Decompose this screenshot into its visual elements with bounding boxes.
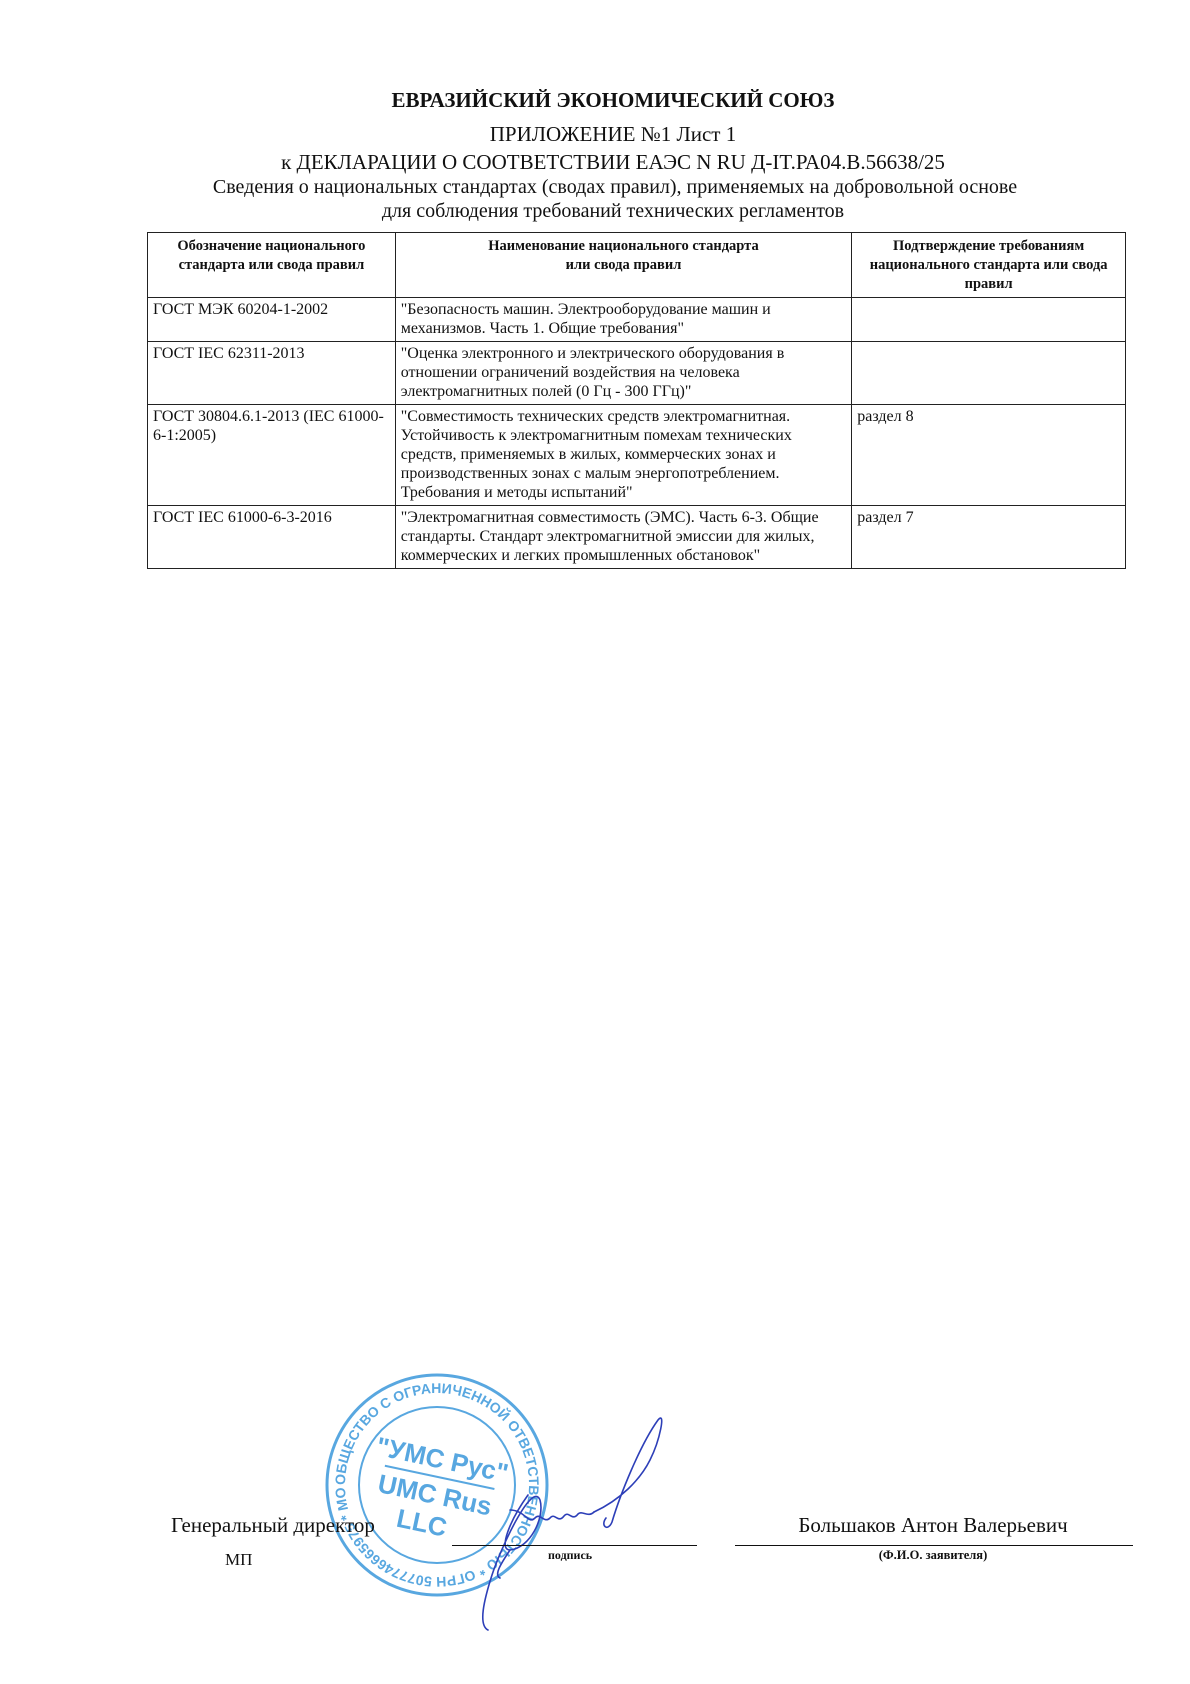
signatory-position: Генеральный директор [171,1513,375,1538]
info-line-1: Сведения о национальных стандартах (свод… [20,176,1190,199]
table-row: ГОСТ МЭК 60204-1-2002 "Безопасность маши… [148,298,1126,342]
standards-table: Обозначение национального стандарта или … [147,232,1126,569]
declaration-number: к ДЕКЛАРАЦИИ О СООТВЕТСТВИИ ЕАЭС N RU Д-… [18,150,1190,175]
table-header-row: Обозначение национального стандарта или … [148,233,1126,298]
standard-name: "Электромагнитная совместимость (ЭМС). Ч… [395,506,852,569]
seal-label: МП [225,1550,252,1570]
union-title: ЕВРАЗИЙСКИЙ ЭКОНОМИЧЕСКИЙ СОЮЗ [18,88,1190,113]
signatory-name: Большаков Антон Валерьевич [733,1513,1133,1538]
standard-code: ГОСТ МЭК 60204-1-2002 [148,298,396,342]
table-row: ГОСТ 30804.6.1-2013 (IEC 61000-6-1:2005)… [148,405,1126,506]
table-row: ГОСТ IEC 61000-6-3-2016 "Электромагнитна… [148,506,1126,569]
standard-confirmation: раздел 7 [852,506,1126,569]
table-row: ГОСТ IEC 62311-2013 "Оценка электронного… [148,342,1126,405]
standard-confirmation [852,342,1126,405]
standard-code: ГОСТ IEC 61000-6-3-2016 [148,506,396,569]
standard-name: "Оценка электронного и электрического об… [395,342,852,405]
signature-block: Генеральный директор подпись Большаков А… [0,1508,1190,1568]
standard-confirmation: раздел 8 [852,405,1126,506]
name-line [735,1545,1133,1546]
column-header-confirmation: Подтверждение требованиям национального … [852,233,1126,298]
standard-name: "Совместимость технических средств элект… [395,405,852,506]
standard-name: "Безопасность машин. Электрооборудование… [395,298,852,342]
signature-line [452,1545,697,1546]
column-header-code: Обозначение национального стандарта или … [148,233,396,298]
appendix-title: ПРИЛОЖЕНИЕ №1 Лист 1 [18,122,1190,147]
info-line-2: для соблюдения требований технических ре… [18,200,1190,223]
signature-caption: подпись [548,1548,592,1563]
standard-code: ГОСТ 30804.6.1-2013 (IEC 61000-6-1:2005) [148,405,396,506]
standard-code: ГОСТ IEC 62311-2013 [148,342,396,405]
column-header-name: Наименование национального стандарта или… [395,233,852,298]
standard-confirmation [852,298,1126,342]
name-caption: (Ф.И.О. заявителя) [733,1548,1133,1563]
